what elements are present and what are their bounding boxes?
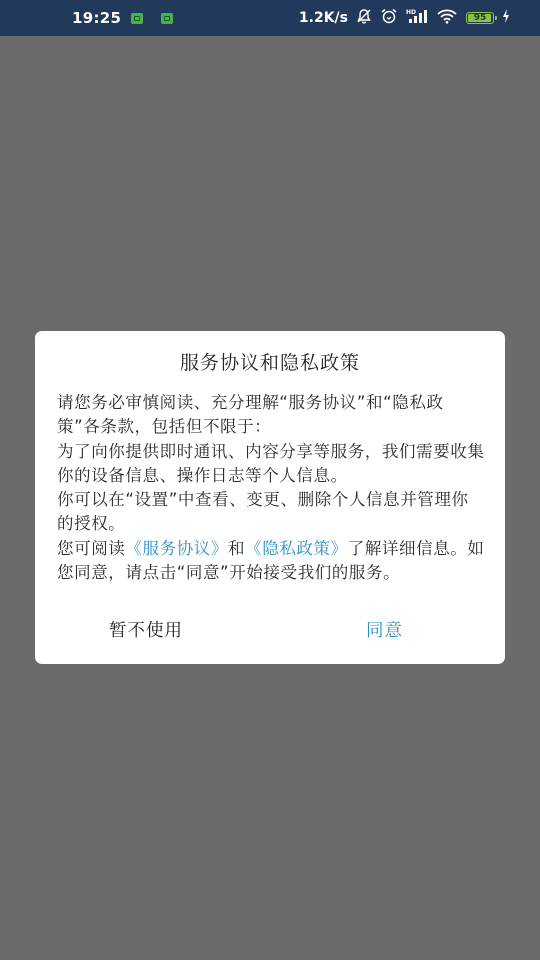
- dialog-paragraph: 请您务必审慎阅读、充分理解“服务协议”和“隐私政策”各条款，包括但不限于：: [57, 391, 485, 440]
- decline-button[interactable]: 暂不使用: [109, 614, 183, 644]
- mute-icon: [356, 8, 372, 28]
- wifi-icon: [436, 8, 458, 28]
- text-middle: 和: [228, 539, 245, 558]
- privacy-policy-link[interactable]: 《隐私政策》: [245, 539, 348, 558]
- text-prefix: 您可阅读: [57, 539, 125, 558]
- dialog-body: 请您务必审慎阅读、充分理解“服务协议”和“隐私政策”各条款，包括但不限于： 为了…: [57, 391, 485, 585]
- status-bar-right: 1.2K/s HD 95: [299, 0, 510, 36]
- signal-icon: HD: [406, 8, 428, 28]
- battery-level: 95: [474, 14, 487, 23]
- app-notification-icon: [161, 13, 173, 24]
- agree-button[interactable]: 同意: [366, 614, 403, 644]
- clock: 19:25: [72, 9, 121, 27]
- status-bar-left: 19:25: [72, 0, 173, 36]
- privacy-policy-dialog: 服务协议和隐私政策 请您务必审慎阅读、充分理解“服务协议”和“隐私政策”各条款，…: [35, 331, 505, 664]
- dialog-paragraph: 为了向你提供即时通讯、内容分享等服务，我们需要收集你的设备信息、操作日志等个人信…: [57, 440, 485, 489]
- app-notification-icon: [131, 13, 143, 24]
- status-bar: 19:25 1.2K/s HD 95: [0, 0, 540, 36]
- service-agreement-link[interactable]: 《服务协议》: [125, 539, 228, 558]
- charging-icon: [502, 9, 510, 27]
- dialog-links-paragraph: 您可阅读《服务协议》和《隐私政策》了解详细信息。如您同意，请点击“同意”开始接受…: [57, 537, 485, 586]
- dialog-paragraph: 你可以在“设置”中查看、变更、删除个人信息并管理你的授权。: [57, 488, 485, 537]
- network-speed: 1.2K/s: [299, 10, 348, 26]
- alarm-icon: [380, 8, 398, 28]
- dialog-title: 服务协议和隐私政策: [35, 348, 505, 375]
- battery-icon: 95: [466, 12, 494, 24]
- svg-text:HD: HD: [406, 9, 416, 16]
